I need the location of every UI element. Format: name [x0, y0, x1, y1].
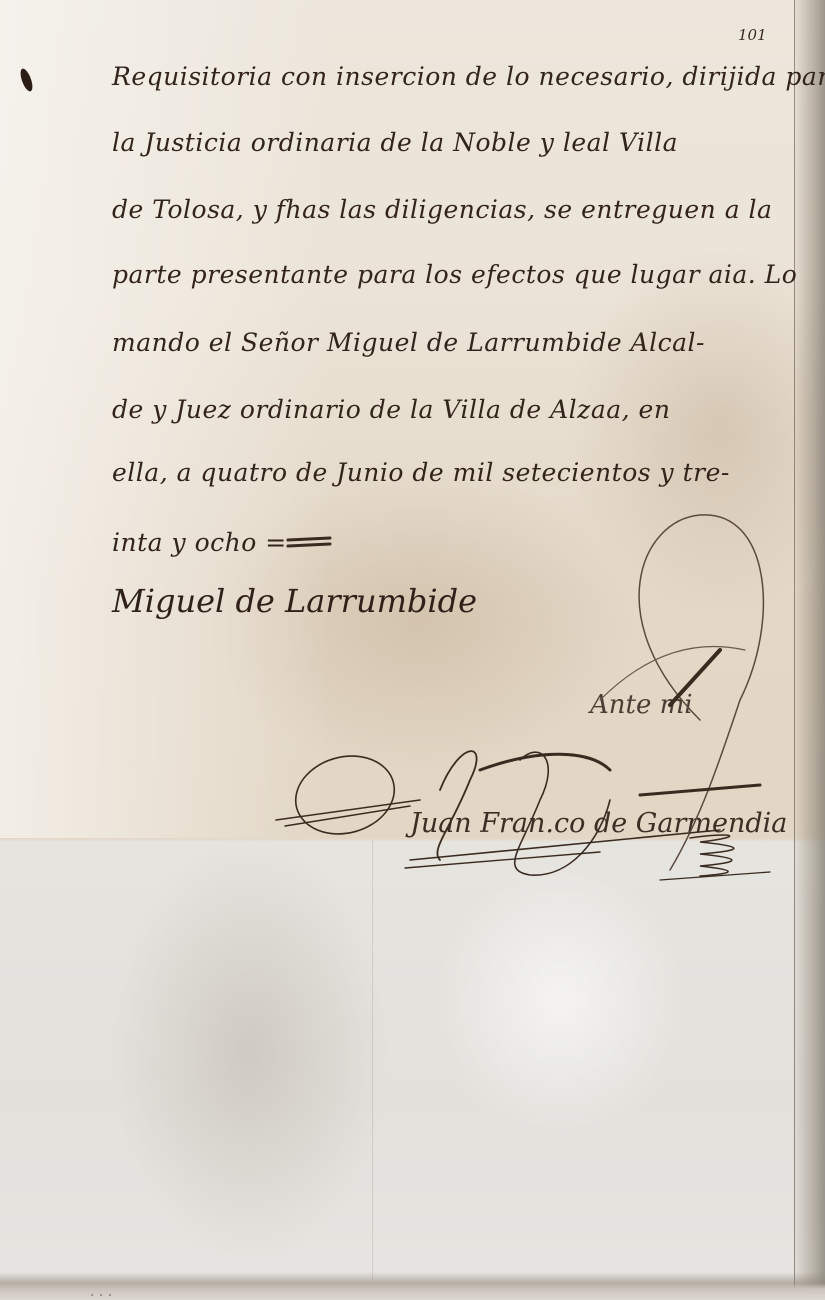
text-line-2: la Justicia ordinaria de la Noble y leal… [112, 128, 678, 157]
text-line-6: de y Juez ordinario de la Villa de Alzaa… [112, 395, 670, 424]
text-line-8: inta y ocho = [112, 528, 287, 557]
text-line-4: parte presentante para los efectos que l… [112, 260, 797, 289]
text-line-5: mando el Señor Miguel de Larrumbide Alca… [112, 328, 705, 357]
signature-ante-mi: Ante mi [590, 690, 693, 720]
text-line-7: ella, a quatro de Junio de mil setecient… [112, 458, 730, 487]
folio-number: 101 [738, 26, 767, 44]
text-line-1: Requisitoria con insercion de lo necesar… [112, 62, 825, 91]
bottom-edge-text: · · · [90, 1288, 112, 1300]
ink-blot [18, 67, 35, 93]
text-line-3: de Tolosa, y fhas las diligencias, se en… [112, 195, 772, 224]
signature-larrumbide: Miguel de Larrumbide [112, 582, 477, 620]
paper-fold-line [372, 840, 373, 1280]
page-bottom-edge [0, 1272, 825, 1300]
page-right-edge [794, 0, 825, 1300]
manuscript-page: 101 Requisitoria con insercion de lo nec… [0, 0, 825, 1300]
signature-notary: Juan Fran.co de Garmendia [410, 808, 787, 839]
